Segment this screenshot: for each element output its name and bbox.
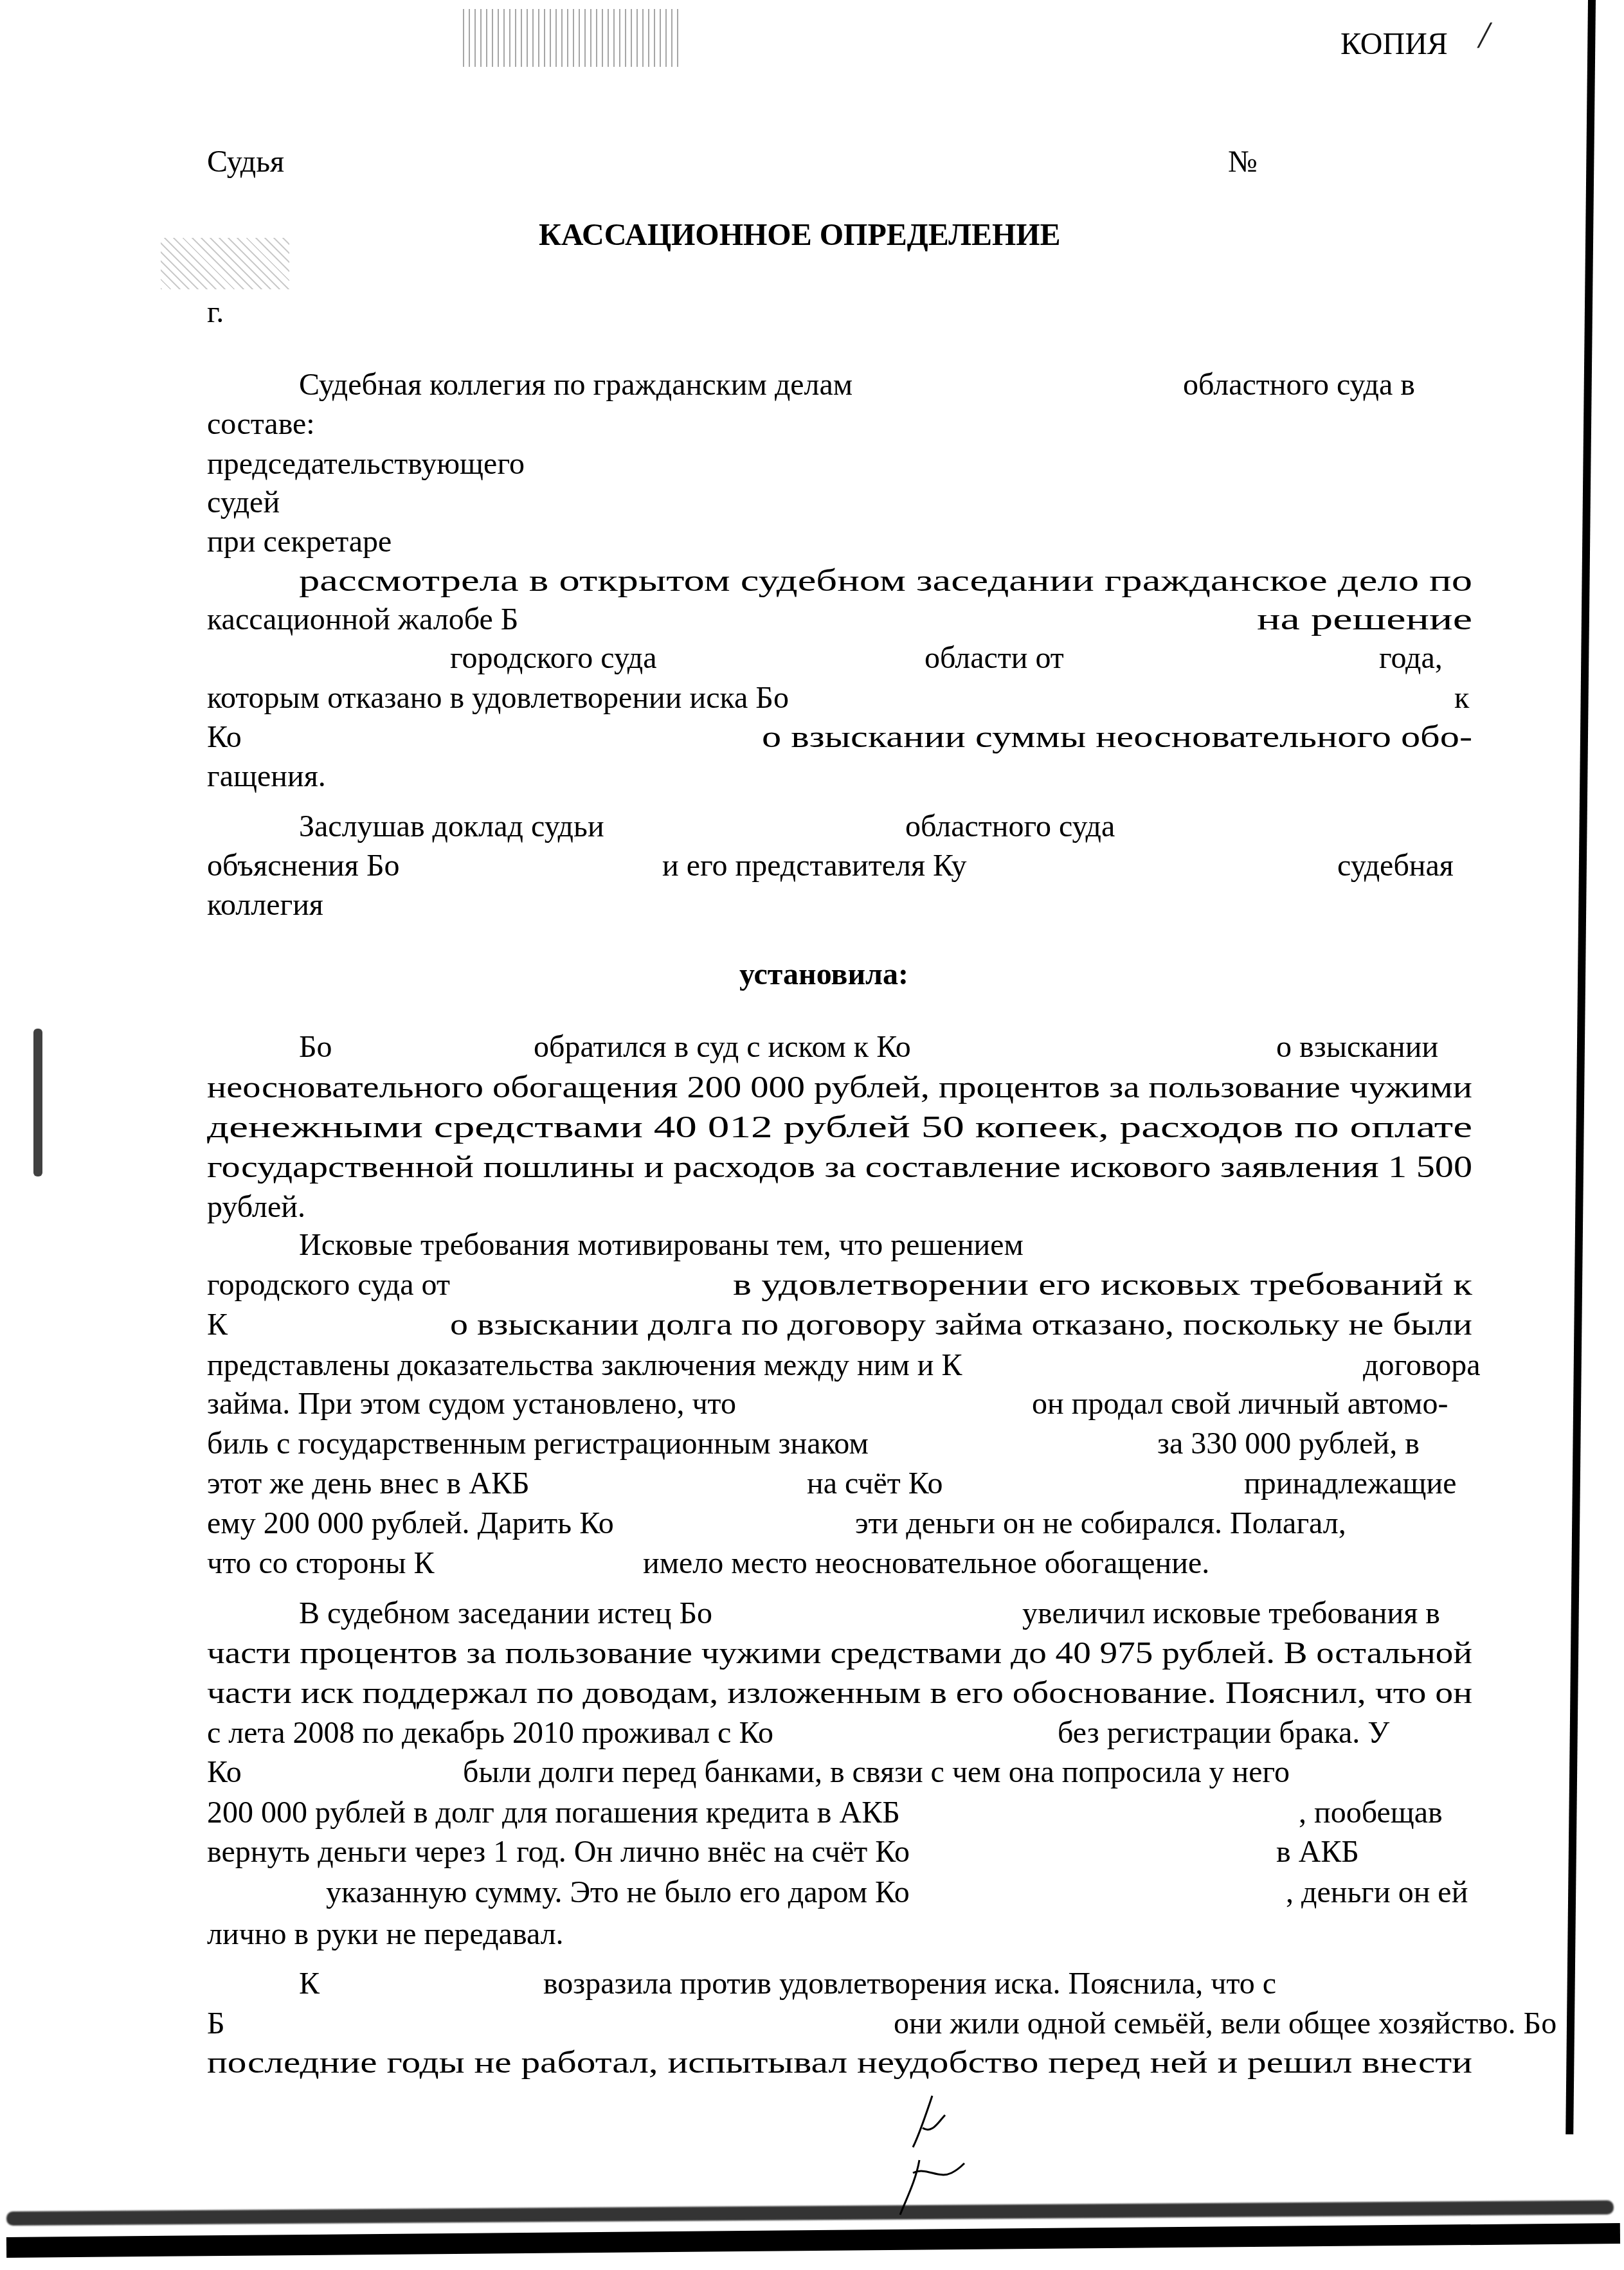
case-number-label: № [1228,147,1258,177]
body-line-segment: денежными средствами 40 012 рублей 50 ко… [207,1112,1472,1143]
body-line-segment: этот же день внес в АКБ [207,1468,530,1499]
binder-hole-mark [33,1029,42,1176]
body-line-segment: обратился в суд с иском к Ко [534,1032,911,1063]
body-line-segment: вернуть деньги через 1 год. Он лично внё… [207,1837,910,1868]
body-line-segment: что со стороны К [207,1548,434,1579]
body-line-segment: указанную сумму. Это не было его даром К… [326,1877,910,1908]
body-line-segment: Ко [207,722,242,753]
document-title: КАССАЦИОННОЕ ОПРЕДЕЛЕНИЕ [539,220,1061,251]
body-line-segment: гащения. [207,761,326,792]
body-line-segment: были долги перед банками, в связи с чем … [463,1757,1290,1788]
body-line-segment: биль с государственным регистрационным з… [207,1428,869,1459]
body-line-segment: о взыскании [1276,1032,1438,1063]
body-line-segment: он продал свой личный автомо- [1032,1389,1448,1419]
body-line-segment: К [207,1310,228,1340]
body-line-segment: части иск поддержал по доводам, изложенн… [207,1678,1472,1709]
body-line-segment: Бо [299,1032,332,1063]
body-line-segment: рублей. [207,1192,305,1223]
body-line-segment: о взыскании долга по договору займа отка… [450,1310,1472,1340]
section-heading-established: установила: [739,959,908,990]
body-line-segment: неосновательного обогащения 200 000 рубл… [207,1072,1472,1103]
copy-stamp: КОПИЯ [1340,29,1448,60]
body-line-segment: объяснения Бо [207,851,399,881]
document-page: КОПИЯ / Судья № КАССАЦИОННОЕ ОПРЕДЕЛЕНИЕ… [0,0,1624,2270]
body-line-segment: к [1454,683,1469,714]
body-line-segment: судебная [1337,851,1454,881]
body-line-segment: кассационной жалобе Б [207,604,518,635]
city-suffix: г. [207,297,224,328]
body-line-segment: имело место неосновательное обогащение. [643,1548,1209,1579]
body-line-segment: на решение [1257,604,1472,635]
body-line-segment: Б [207,2008,225,2039]
body-line-segment: Судебная коллегия по гражданским делам [299,370,853,401]
body-line-segment: и его представителя Ку [662,851,967,881]
scan-artifact-left [161,238,289,289]
body-line-segment: в АКБ [1276,1837,1359,1868]
body-line-segment: В судебном заседании истец Бо [299,1598,712,1629]
handwritten-mark: / [1479,13,1490,57]
body-line-segment: возразила против удовлетворения иска. По… [543,1968,1276,1999]
body-line-segment: которым отказано в удовлетворении иска Б… [207,683,789,714]
page-edge-bottom [6,2223,1620,2258]
page-edge-right [1565,0,1596,2134]
body-line-segment: коллегия [207,890,323,921]
body-line-segment: , деньги он ей [1286,1877,1468,1908]
body-line-segment: с лета 2008 по декабрь 2010 проживал с К… [207,1718,773,1749]
body-line-segment: за 330 000 рублей, в [1157,1428,1420,1459]
body-line-segment: областного суда [905,811,1115,842]
body-line-segment: принадлежащие [1244,1468,1456,1499]
body-line-segment: последние годы не работал, испытывал неу… [207,2048,1472,2078]
body-line-segment: о взыскании суммы неосновательного обо- [762,722,1472,753]
body-line-segment: 200 000 рублей в долг для погашения кред… [207,1797,900,1828]
body-line-segment: городского суда от [207,1270,450,1301]
body-line-segment: части процентов за пользование чужими ср… [207,1638,1472,1669]
body-line-segment: лично в руки не передавал. [207,1919,564,1950]
body-line-segment: в удовлетворении его исковых требований … [733,1270,1472,1301]
body-line-segment: ему 200 000 рублей. Дарить Ко [207,1508,614,1539]
body-line-segment: , пообещав [1299,1797,1443,1828]
body-line-segment: судей [207,487,280,518]
body-line-segment: займа. При этом судом установлено, что [207,1389,736,1419]
body-line-segment: они жили одной семьёй, вели общее хозяйс… [894,2008,1556,2039]
body-line-segment: Заслушав доклад судьи [299,811,604,842]
body-line-segment: области от [925,643,1064,674]
body-line-segment: рассмотрела в открытом судебном заседани… [299,566,1472,597]
body-line-segment: К [299,1968,320,1999]
body-line-segment: государственной пошлины и расходов за со… [207,1152,1472,1183]
body-line-segment: при секретаре [207,527,392,557]
body-line-segment: председательствующего [207,449,525,480]
judge-label: Судья [207,147,284,177]
body-line-segment: Ко [207,1757,242,1788]
body-line-segment: увеличил исковые требования в [1022,1598,1440,1629]
body-line-segment: Исковые требования мотивированы тем, что… [299,1230,1024,1261]
scan-artifact-top [463,9,681,67]
body-line-segment: эти деньги он не собирался. Полагал, [855,1508,1346,1539]
signature-icon [887,2089,990,2218]
body-line-segment: областного суда в [1183,370,1415,401]
body-line-segment: на счёт Ко [807,1468,943,1499]
body-line-segment: составе: [207,409,315,440]
body-line-segment: года, [1379,643,1443,674]
body-line-segment: городского суда [450,643,657,674]
scan-smudge-bottom [6,2201,1614,2226]
body-line-segment: договора [1363,1350,1481,1381]
body-line-segment: без регистрации брака. У [1058,1718,1389,1749]
body-line-segment: представлены доказательства заключения м… [207,1350,962,1381]
